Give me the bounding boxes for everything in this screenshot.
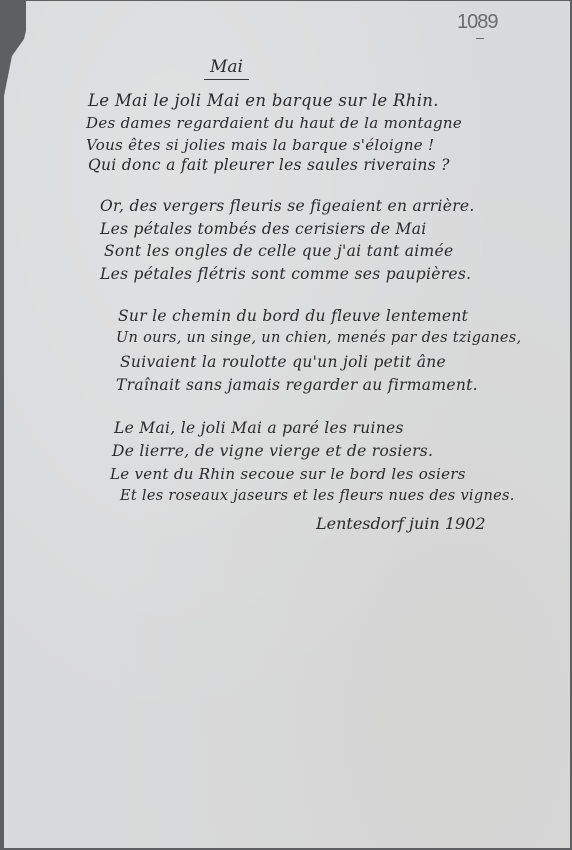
reference-underline	[476, 38, 484, 39]
verse-line: Les pétales flétris sont comme ses paupi…	[100, 265, 471, 283]
verse-line: Le Mai le joli Mai en barque sur le Rhin…	[88, 91, 439, 110]
verse-line: Le Mai, le joli Mai a paré les ruines	[114, 419, 404, 437]
archive-reference-number: 1089	[457, 11, 498, 34]
verse-line: Le vent du Rhin secoue sur le bord les o…	[110, 465, 466, 483]
manuscript-page: 1089 Mai Le Mai le joli Mai en barque su…	[4, 1, 570, 848]
verse-line: Sur le chemin du bord du fleuve lentemen…	[118, 307, 468, 325]
verse-line: Des dames regardaient du haut de la mont…	[86, 114, 462, 132]
verse-line: Vous êtes si jolies mais la barque s'élo…	[86, 136, 434, 154]
verse-line: Et les roseaux jaseurs et les fleurs nue…	[120, 488, 515, 504]
poem-title: Mai	[204, 57, 249, 80]
verse-line: Suivaient la roulotte qu'un joli petit â…	[120, 353, 446, 371]
place-date-signature: Lentesdorf juin 1902	[316, 514, 486, 533]
verse-line: De lierre, de vigne vierge et de rosiers…	[112, 442, 433, 460]
verse-line: Qui donc a fait pleurer les saules river…	[88, 156, 450, 174]
verse-line: Sont les ongles de celle que j'ai tant a…	[104, 242, 453, 260]
verse-line: Traînait sans jamais regarder au firmame…	[116, 376, 478, 394]
verse-line: Or, des vergers fleuris se figeaient en …	[100, 197, 475, 215]
verse-line: Un ours, un singe, un chien, menés par d…	[116, 330, 521, 346]
verse-line: Les pétales tombés des cerisiers de Mai	[100, 220, 427, 238]
